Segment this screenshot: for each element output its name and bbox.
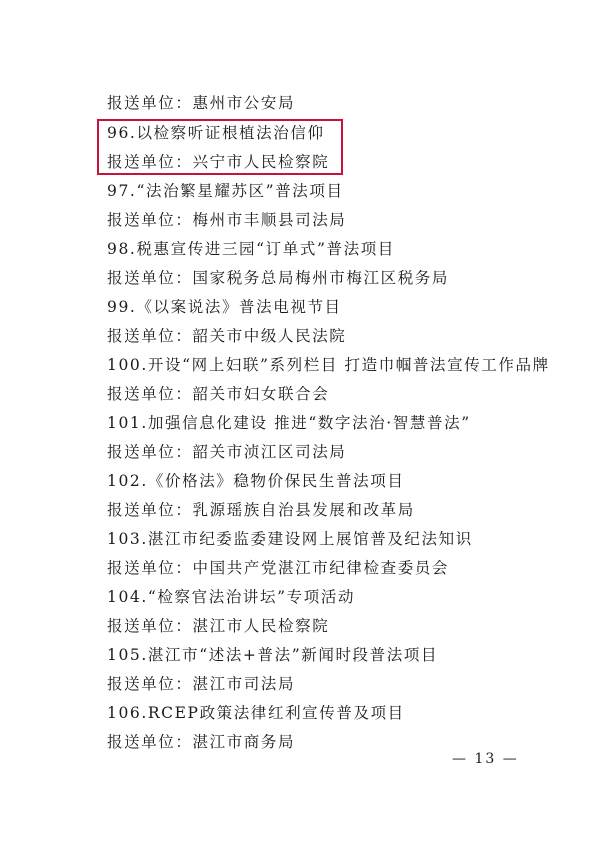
- submitting-unit-line: 报送单位：梅州市丰顺县司法局: [107, 210, 346, 230]
- submitting-unit-line: 报送单位：中国共产党湛江市纪律检查委员会: [107, 558, 449, 578]
- submitting-unit-line: 报送单位：韶关市中级人民法院: [107, 326, 346, 346]
- submitting-unit-line: 报送单位：乳源瑶族自治县发展和改革局: [107, 500, 415, 520]
- submitting-unit-line: 报送单位：湛江市司法局: [107, 674, 295, 694]
- submitting-unit-line: 报送单位：湛江市人民检察院: [107, 616, 329, 636]
- project-title-line: 102.《价格法》稳物价保民生普法项目: [107, 471, 404, 491]
- project-title-line: 105.湛江市“述法+普法”新闻时段普法项目: [107, 645, 438, 665]
- page-number: — 13 —: [452, 751, 519, 767]
- project-title-line: 106.RCEP政策法律红利宣传普及项目: [107, 703, 405, 723]
- submitting-unit-line: 报送单位：湛江市商务局: [107, 732, 295, 752]
- submitting-unit-line: 报送单位：国家税务总局梅州市梅江区税务局: [107, 268, 449, 288]
- project-title-line: 104.“检察官法治讲坛”专项活动: [107, 587, 355, 607]
- submitting-unit-line: 报送单位：惠州市公安局: [107, 93, 295, 113]
- document-page: 报送单位：惠州市公安局96.以检察听证根植法治信仰报送单位：兴宁市人民检察院97…: [0, 0, 600, 848]
- project-title-line: 103.湛江市纪委监委建设网上展馆普及纪法知识: [107, 529, 473, 549]
- project-title-line: 100.开设“网上妇联”系列栏目 打造巾帼普法宣传工作品牌: [107, 355, 550, 375]
- submitting-unit-line: 报送单位：韶关市妇女联合会: [107, 384, 329, 404]
- project-title-line: 101.加强信息化建设 推进“数字法治·智慧普法”: [107, 413, 471, 433]
- project-title-line: 99.《以案说法》普法电视节目: [107, 297, 342, 317]
- highlight-box: [97, 119, 343, 175]
- project-title-line: 97.“法治繁星耀苏区”普法项目: [107, 181, 344, 201]
- project-title-line: 98.税惠宣传进三园“订单式”普法项目: [107, 239, 395, 259]
- submitting-unit-line: 报送单位：韶关市浈江区司法局: [107, 442, 346, 462]
